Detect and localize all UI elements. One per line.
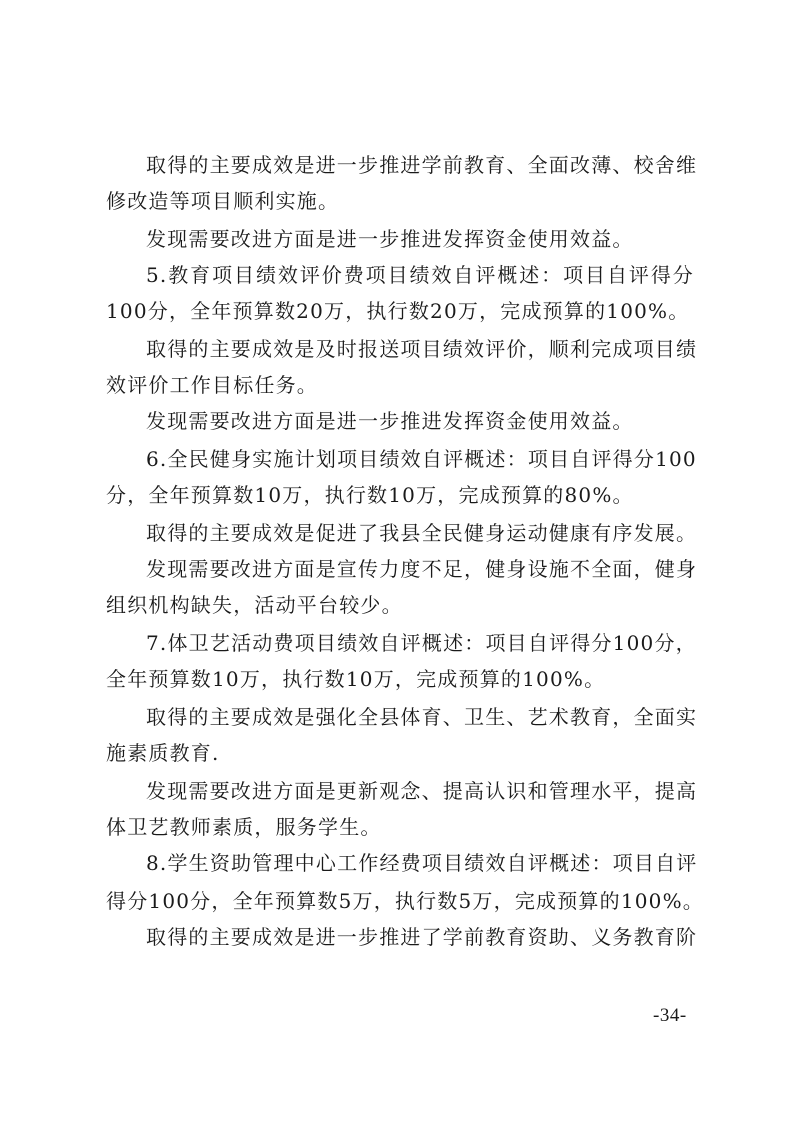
text-line: 100分，全年预算数20万，执行数20万，完成预算的100%。: [106, 298, 694, 324]
text-line: 体卫艺教师素质，服务学生。: [106, 814, 694, 840]
text-line: 得分100分，全年预算数5万，执行数5万，完成预算的100%。: [106, 888, 694, 914]
document-page: 取得的主要成效是进一步推进学前教育、全面改薄、校舍维 修改造等项目顺利实施。 发…: [0, 0, 793, 1122]
text-line: 发现需要改进方面是进一步推进发挥资金使用效益。: [146, 408, 694, 434]
text-line: 取得的主要成效是及时报送项目绩效评价，顺利完成项目绩: [146, 336, 694, 362]
section-heading-line: 5.教育项目绩效评价费项目绩效自评概述：项目自评得分: [146, 262, 694, 288]
text-line: 分，全年预算数10万，执行数10万，完成预算的80%。: [106, 482, 694, 508]
text-line: 取得的主要成效是进一步推进了学前教育资助、义务教育阶: [146, 924, 694, 950]
text-line: 发现需要改进方面是进一步推进发挥资金使用效益。: [146, 226, 694, 252]
text-line: 施素质教育.: [106, 740, 694, 766]
text-line: 发现需要改进方面是宣传力度不足，健身设施不全面，健身: [146, 556, 694, 582]
text-line: 发现需要改进方面是更新观念、提高认识和管理水平，提高: [146, 778, 694, 804]
text-line: 效评价工作目标任务。: [106, 372, 694, 398]
text-line: 取得的主要成效是促进了我县全民健身运动健康有序发展。: [146, 520, 694, 546]
section-heading-line: 7.体卫艺活动费项目绩效自评概述：项目自评得分100分，: [146, 630, 694, 656]
text-line: 取得的主要成效是强化全县体育、卫生、艺术教育，全面实: [146, 704, 694, 730]
text-line: 修改造等项目顺利实施。: [106, 188, 694, 214]
text-line: 取得的主要成效是进一步推进学前教育、全面改薄、校舍维: [146, 152, 694, 178]
text-line: 全年预算数10万，执行数10万，完成预算的100%。: [106, 666, 694, 692]
page-number: -34-: [653, 1004, 687, 1028]
section-heading-line: 6.全民健身实施计划项目绩效自评概述：项目自评得分100: [146, 446, 694, 472]
section-heading-line: 8.学生资助管理中心工作经费项目绩效自评概述：项目自评: [146, 850, 694, 876]
text-line: 组织机构缺失，活动平台较少。: [106, 592, 694, 618]
